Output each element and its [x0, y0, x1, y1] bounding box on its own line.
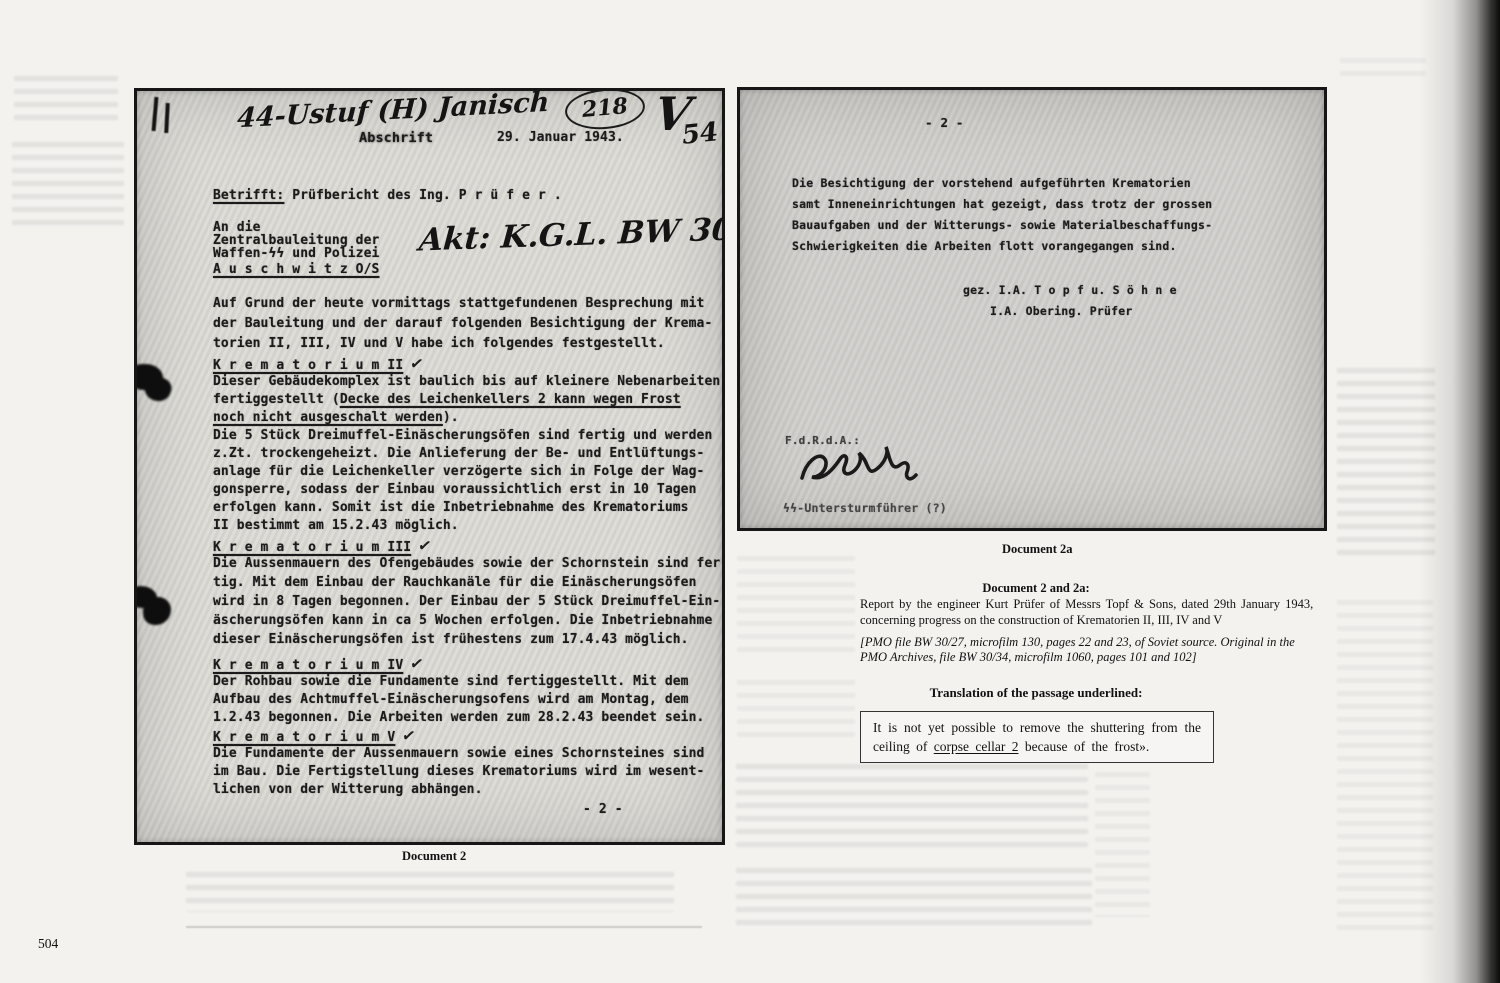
- typed-line: Der Rohbau sowie die Fundamente sind fer…: [213, 674, 689, 690]
- typed-line: Die Aussenmauern des Ofengebäudes sowie …: [213, 556, 725, 572]
- document-date: 29. Januar 1943.: [497, 130, 624, 146]
- caption-description: Report by the engineer Kurt Prüfer of Me…: [860, 597, 1313, 612]
- bleedthrough-text: [1095, 772, 1150, 917]
- caption-block-title: Document 2 and 2a:: [860, 581, 1212, 596]
- translation-heading: Translation of the passage underlined:: [860, 685, 1212, 701]
- typed-line: Auf Grund der heute vormittags stattgefu…: [213, 296, 704, 312]
- caption-description: concerning progress on the construction …: [860, 613, 1222, 628]
- subject-text: Prüfbericht des Ing. P r ü f e r .: [284, 188, 561, 203]
- translation-box: It is not yet possible to remove the shu…: [860, 711, 1214, 763]
- typed-line: noch nicht ausgeschalt werden).: [213, 410, 459, 426]
- typed-line: dieser Einäscherungsöfen ist frühestens …: [213, 632, 689, 648]
- subject-label: Betrifft:: [213, 188, 284, 203]
- signature-line: I.A. Obering. Prüfer: [990, 303, 1132, 319]
- typed-line: Dieser Gebäudekomplex ist baulich bis au…: [213, 374, 720, 390]
- typed-line: der Bauleitung und der darauf folgenden …: [213, 316, 712, 332]
- copy-label: Abschrift: [359, 130, 433, 146]
- bleedthrough-text: [12, 142, 124, 232]
- section-heading: K r e m a t o r i u m V✓: [213, 728, 416, 746]
- typed-line: anlage für die Leichenkeller verzögerte …: [213, 464, 704, 480]
- page-marker: - 2 -: [583, 802, 623, 818]
- bleedthrough-text: [736, 764, 1088, 854]
- translation-underlined: corpse cellar 2: [934, 739, 1019, 754]
- typed-line: Bauaufgaben und der Witterungs- sowie Ma…: [792, 217, 1212, 233]
- typed-line: gonsperre, sodass der Einbau voraussicht…: [213, 482, 697, 498]
- typed-line: erfolgen kann. Somit ist die Inbetriebna…: [213, 500, 689, 516]
- bleedthrough-text: [14, 76, 118, 128]
- check-mark: ✓: [401, 727, 417, 745]
- typed-line: z.Zt. trockengeheizt. Die Anlieferung de…: [213, 446, 704, 462]
- bleedthrough-rule: [186, 926, 702, 928]
- address-line: A u s c h w i t z O/S: [213, 262, 379, 278]
- document-2a-photo: - 2 - Die Besichtigung der vorstehend au…: [737, 87, 1327, 531]
- page-marker: - 2 -: [925, 115, 964, 131]
- typed-line: Die 5 Stück Dreimuffel-Einäscherungsöfen…: [213, 428, 712, 444]
- book-page: 44-Ustuf (H) Janisch 218 V 54 Abschrift …: [0, 0, 1500, 983]
- bleedthrough-text: [1340, 58, 1426, 84]
- typed-line: 1.2.43 begonnen. Die Arbeiten werden zum…: [213, 710, 704, 726]
- document-2-photo: 44-Ustuf (H) Janisch 218 V 54 Abschrift …: [134, 88, 725, 845]
- typed-line: wird in 8 Tagen begonnen. Der Einbau der…: [213, 594, 720, 610]
- typed-line: Die Besichtigung der vorstehend aufgefüh…: [792, 175, 1191, 191]
- pen-stroke: [164, 103, 170, 133]
- pen-stroke: [152, 97, 159, 131]
- typed-line: tig. Mit dem Einbau der Rauchkanäle für …: [213, 575, 697, 591]
- subject-line: Betrifft: Prüfbericht des Ing. P r ü f e…: [213, 188, 562, 204]
- typed-line: fertiggestellt (Decke des Leichenkellers…: [213, 392, 681, 408]
- address-line: Waffen-ϟϟ und Polizei: [213, 246, 379, 262]
- typed-line: samt Inneneinrichtungen hat gezeigt, das…: [792, 196, 1212, 212]
- typed-line: II bestimmt am 15.2.43 möglich.: [213, 518, 459, 534]
- circled-number: 218: [563, 88, 646, 132]
- typed-line: äscherungsöfen kann in ca 5 Wochen erfol…: [213, 613, 712, 629]
- bleedthrough-text: [737, 680, 855, 742]
- bleedthrough-text: [736, 868, 1092, 926]
- bleedthrough-text: [186, 872, 674, 912]
- typed-line: Aufbau des Achtmuffel-Einäscherungsofens…: [213, 692, 689, 708]
- typed-line: Schwierigkeiten die Arbeiten flott voran…: [792, 238, 1177, 254]
- rank-line: ϟϟ-Untersturmführer (?): [783, 500, 947, 516]
- page-number: 504: [38, 936, 58, 952]
- handwritten-file-note: Akt: K.G.L. BW 30: [418, 211, 725, 258]
- bleedthrough-text: [1337, 600, 1433, 930]
- bleedthrough-text: [737, 556, 855, 654]
- signature-line: gez. I.A. T o p f u. S ö h n e: [963, 282, 1177, 298]
- page-gutter-shadow: [1420, 0, 1500, 983]
- handwritten-signature: [796, 442, 928, 492]
- ink-blob: [143, 597, 171, 625]
- caption-source: [PMO file BW 30/27, microfilm 130, pages…: [860, 635, 1295, 650]
- translation-text: because of the frost».: [1018, 739, 1149, 754]
- handwritten-note: 44-Ustuf (H) Janisch: [236, 88, 550, 134]
- check-mark: ✓: [409, 355, 425, 373]
- section-heading: K r e m a t o r i u m IV✓: [213, 656, 424, 674]
- section-heading: K r e m a t o r i u m II✓: [213, 356, 424, 374]
- handwritten-number: 54: [681, 117, 720, 151]
- caption-source: PMO Archives, file BW 30/34, microfilm 1…: [860, 650, 1197, 665]
- typed-line: im Bau. Die Fertigstellung dieses Kremat…: [213, 764, 704, 780]
- check-mark: ✓: [409, 655, 425, 673]
- check-mark: ✓: [417, 537, 433, 555]
- typed-line: lichen von der Witterung abhängen.: [213, 782, 483, 798]
- document-2-caption: Document 2: [402, 849, 466, 864]
- document-2a-caption: Document 2a: [1002, 542, 1072, 557]
- section-heading: K r e m a t o r i u m III✓: [213, 538, 432, 556]
- typed-line: Die Fundamente der Aussenmauern sowie ei…: [213, 746, 704, 762]
- typed-line: torien II, III, IV und V habe ich folgen…: [213, 336, 665, 352]
